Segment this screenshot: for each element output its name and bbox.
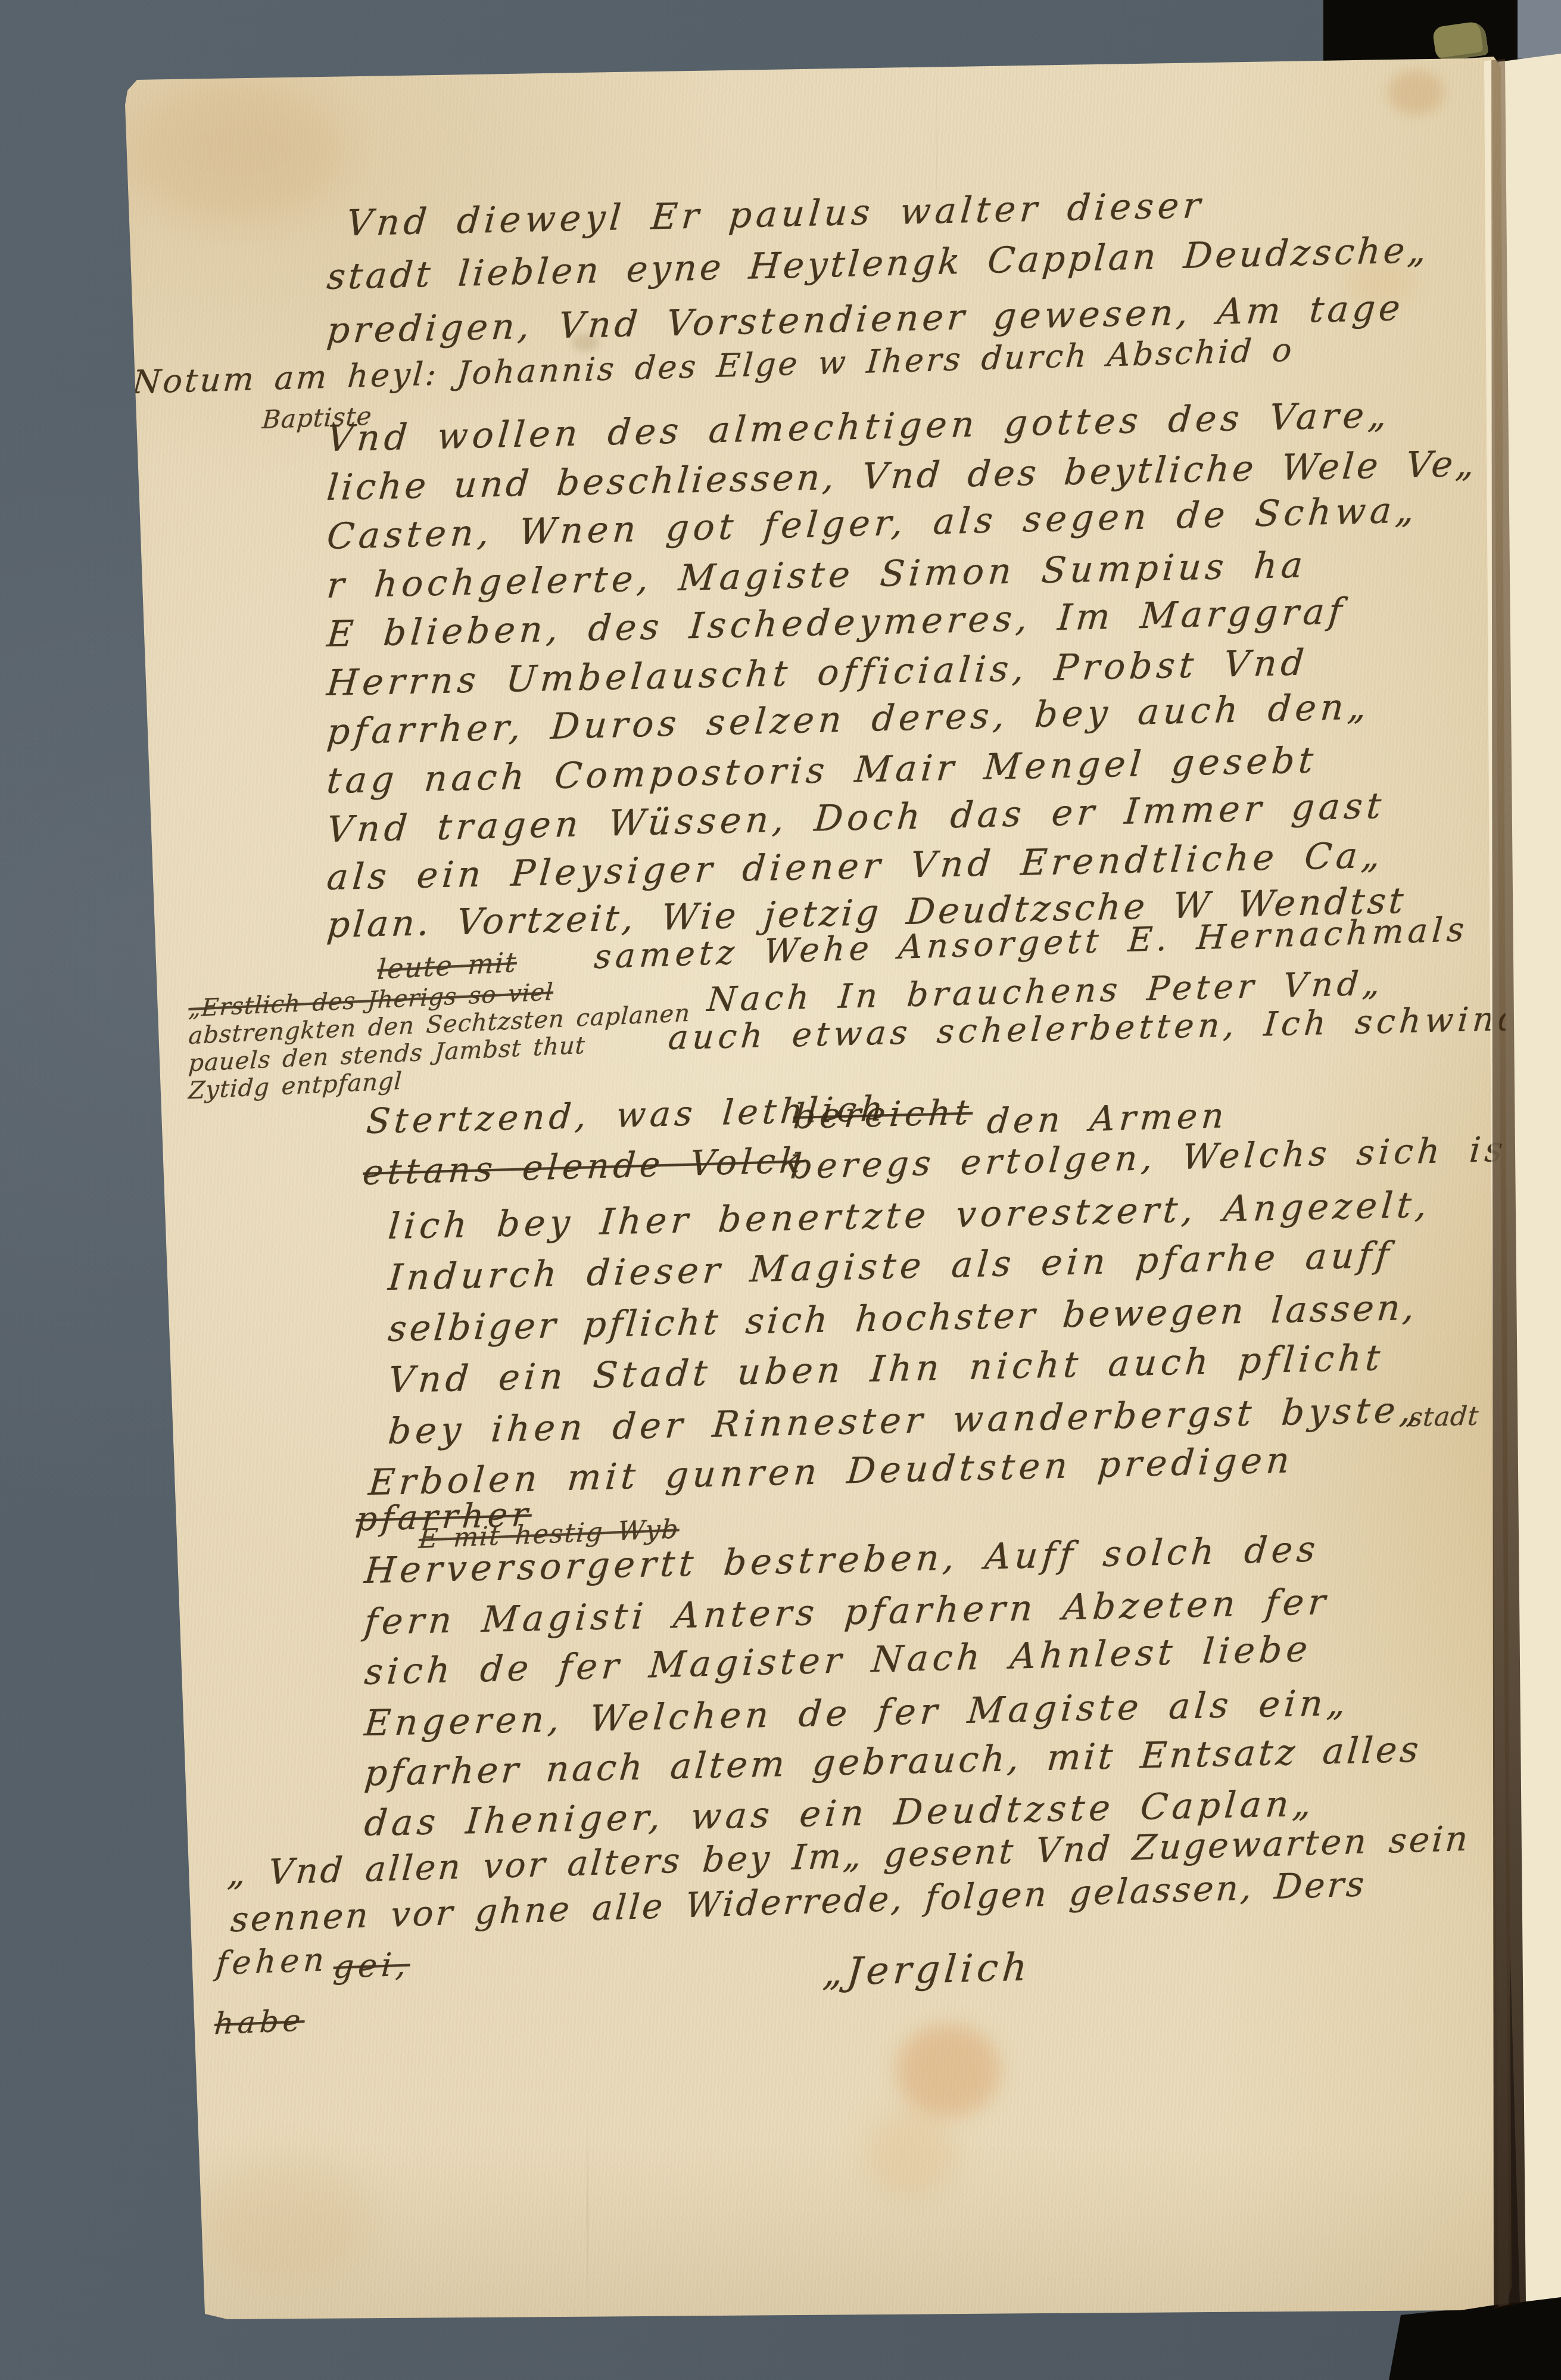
- handwritten-line: stadt: [1408, 1401, 1481, 1433]
- handwritten-line: habe: [213, 2003, 306, 2041]
- manuscript-page: Vnd dieweyl Er paulus walter dieserstadt…: [0, 0, 1561, 2380]
- handwritten-line: fehen: [215, 1940, 330, 1982]
- handwritten-line: gei,: [332, 1945, 412, 1986]
- handwritten-line: ettans elende Volck: [362, 1140, 806, 1193]
- dark-void-top: [1323, 0, 1518, 61]
- handwritten-line: „Jerglich: [821, 1945, 1033, 1995]
- handwritten-line: leute mit: [376, 946, 518, 986]
- manuscript-photo: Vnd dieweyl Er paulus walter dieserstadt…: [0, 0, 1561, 2380]
- ink-layer: Vnd dieweyl Er paulus walter dieserstadt…: [0, 0, 1561, 2380]
- handwritten-line: beregs ertolgen, Welchs sich ist„: [789, 1128, 1549, 1187]
- handwritten-line: Vnd dieweyl Er paulus walter dieser: [345, 185, 1206, 244]
- handwritten-line: den Armen: [986, 1095, 1230, 1141]
- handwritten-line: bereicht: [792, 1092, 975, 1137]
- bookmark-ribbon: [1432, 20, 1488, 62]
- background-top-right: [1518, 0, 1561, 58]
